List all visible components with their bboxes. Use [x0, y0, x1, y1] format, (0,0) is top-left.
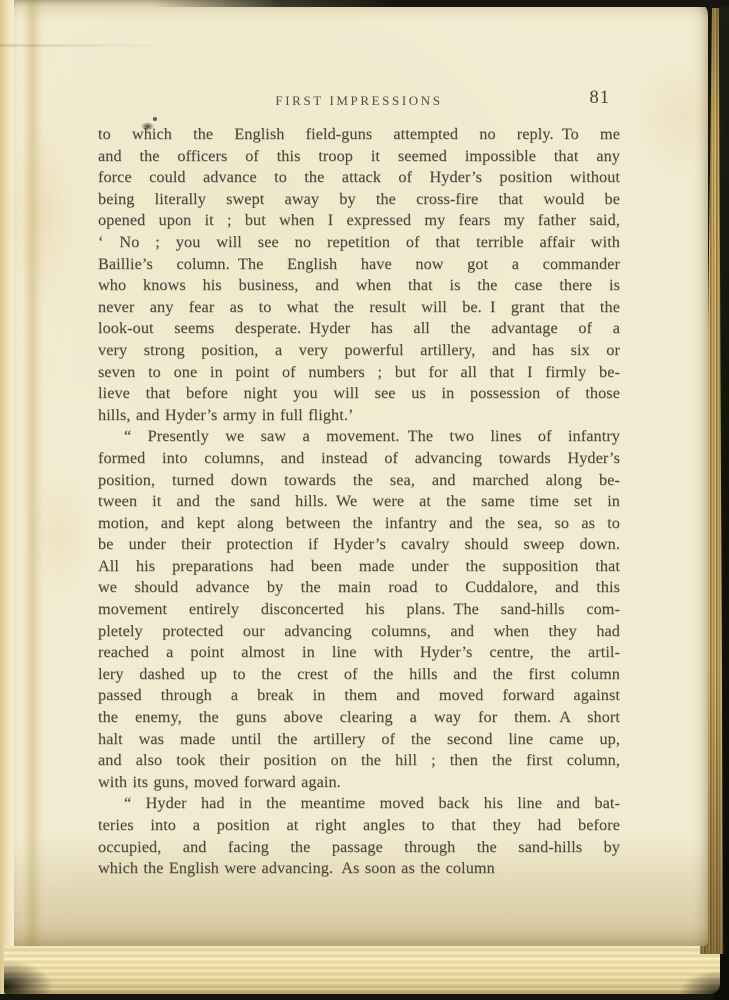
text-line: teries into a position at right angles t…	[98, 815, 620, 837]
page-number: 81	[590, 89, 611, 108]
text-line: force could advance to the attack of Hyd…	[98, 167, 620, 189]
text-line: we should advance by the main road to Cu…	[98, 577, 620, 599]
printed-content: FIRST IMPRESSIONS 81 to which the Englis…	[98, 0, 620, 946]
text-line: lieve that before night you will see us …	[98, 383, 620, 405]
text-line: hills, and Hyder’s army in full flight.’	[98, 405, 620, 427]
foxing-stain	[28, 470, 92, 600]
text-block: to which the English field-guns attempte…	[98, 124, 620, 880]
text-line: and the officers of this troop it seemed…	[98, 146, 620, 168]
text-line: to which the English field-guns attempte…	[98, 124, 620, 146]
text-line: All his preparations had been made under…	[98, 556, 620, 578]
text-line: who knows his business, and when that is…	[98, 275, 620, 297]
text-line: be under their protection if Hyder’s cav…	[98, 534, 620, 556]
text-line: opened upon it ; but when I expressed my…	[98, 210, 620, 232]
text-line: passed through a break in them and moved…	[98, 685, 620, 707]
text-line: occupied, and facing the passage through…	[98, 837, 620, 859]
text-line: which the English were advancing. As soo…	[98, 858, 620, 880]
text-line: motion, and kept along between the infan…	[98, 513, 620, 535]
text-line: movement entirely disconcerted his plans…	[98, 599, 620, 621]
foxing-stain	[636, 58, 728, 178]
text-line: the enemy, the guns above clearing a way…	[98, 707, 620, 729]
text-line: “ Presently we saw a movement. The two l…	[98, 426, 620, 448]
text-line: seven to one in point of numbers ; but f…	[98, 362, 620, 384]
text-line: with its guns, moved forward again.	[98, 772, 620, 794]
foxing-stain	[6, 120, 76, 310]
text-line: Baillie’s column. The English have now g…	[98, 254, 620, 276]
text-line: ‘ No ; you will see no repetition of tha…	[98, 232, 620, 254]
text-line: never any fear as to what the result wil…	[98, 297, 620, 319]
text-line: lery dashed up to the crest of the hills…	[98, 664, 620, 686]
paragraph: “ Hyder had in the meantime moved back h…	[98, 793, 620, 879]
book-scan: FIRST IMPRESSIONS 81 to which the Englis…	[0, 0, 729, 1000]
text-line: position, turned down towards the sea, a…	[98, 470, 620, 492]
text-line: “ Hyder had in the meantime moved back h…	[98, 793, 620, 815]
text-line: being literally swept away by the cross-…	[98, 189, 620, 211]
text-line: reached a point almost in line with Hyde…	[98, 642, 620, 664]
text-line: formed into columns, and instead of adva…	[98, 448, 620, 470]
text-line: and also took their position on the hill…	[98, 750, 620, 772]
paragraph: to which the English field-guns attempte…	[98, 124, 620, 426]
bottom-page-edges	[4, 946, 720, 994]
text-line: halt was made until the artillery of the…	[98, 729, 620, 751]
running-header: FIRST IMPRESSIONS	[98, 94, 620, 107]
text-line: very strong position, a very powerful ar…	[98, 340, 620, 362]
text-line: pletely protected our advancing columns,…	[98, 621, 620, 643]
text-line: tween it and the sand hills. We were at …	[98, 491, 620, 513]
text-line: look-out seems desperate. Hyder has all …	[98, 318, 620, 340]
paragraph: “ Presently we saw a movement. The two l…	[98, 426, 620, 793]
